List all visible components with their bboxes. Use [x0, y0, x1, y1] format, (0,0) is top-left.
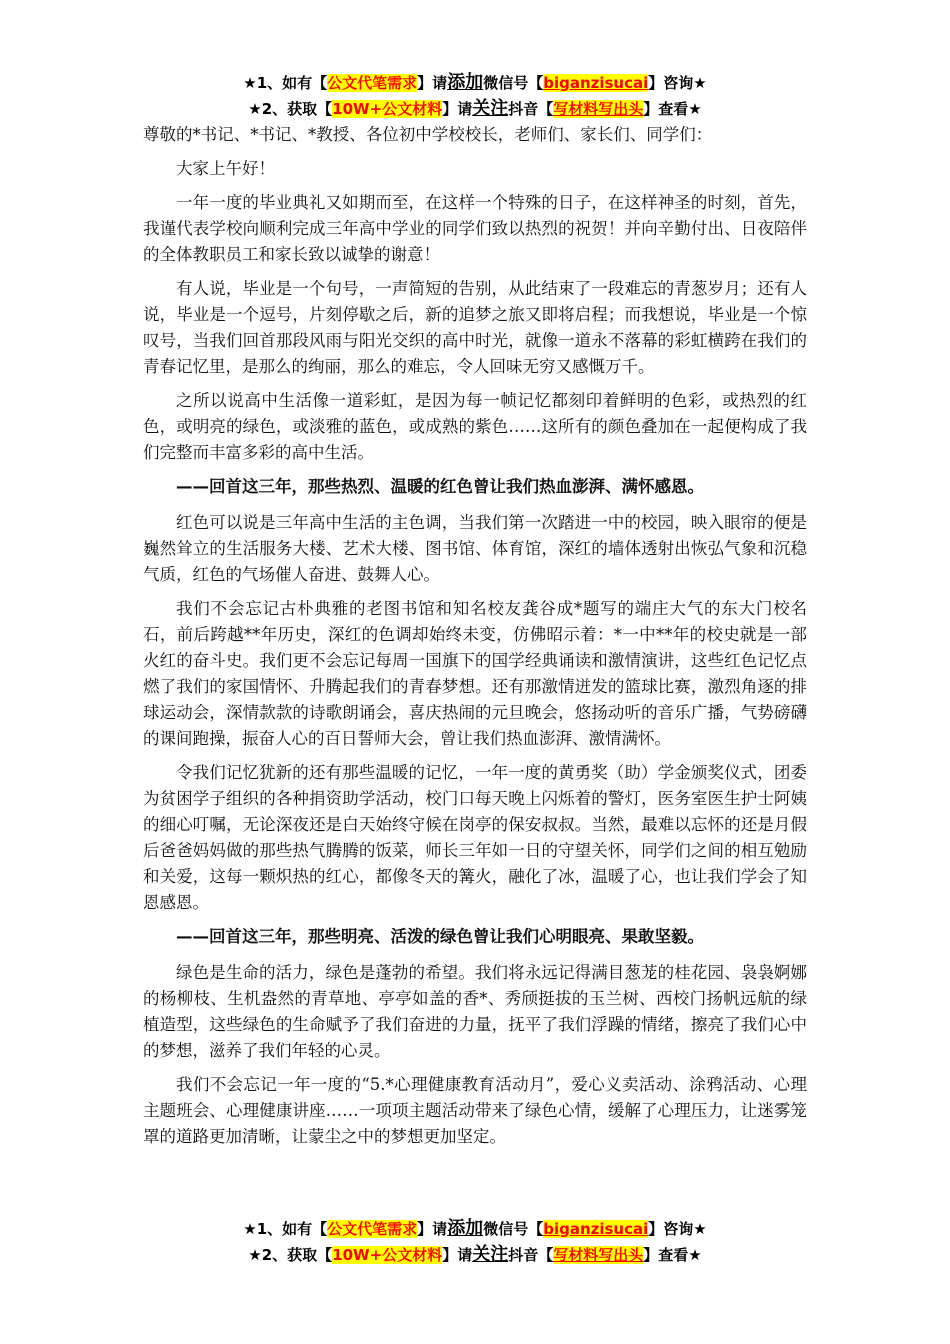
emphasis-add: 添加 [447, 72, 483, 93]
emphasis-follow: 关注 [472, 1244, 508, 1265]
paragraph: 大家上午好！ [143, 156, 807, 182]
douyin-account-link[interactable]: 写材料写出头 [553, 100, 643, 118]
promo-text: 微信号【 [483, 74, 543, 92]
promo-text: 】请 [442, 100, 472, 118]
promo-text: 】查看★ [643, 1246, 701, 1264]
highlight-materials: 10W+公文材料 [332, 100, 442, 118]
wechat-id-link[interactable]: biganzisucai [543, 1220, 648, 1238]
promo-text: 】请 [417, 74, 447, 92]
paragraph: 红色可以说是三年高中生活的主色调，当我们第一次踏进一中的校园，映入眼帘的便是巍然… [143, 510, 807, 588]
promo-text: ★2、获取【 [248, 1246, 332, 1264]
promo-line-1: ★1、如有【公文代笔需求】请添加微信号【biganzisucai】咨询★ [143, 1216, 807, 1242]
salutation: 尊敬的*书记、*书记、*教授、各位初中学校校长，老师们、家长们、同学们： [143, 122, 807, 148]
promo-text: 抖音【 [508, 1246, 553, 1264]
highlight-service: 公文代笔需求 [327, 1220, 417, 1238]
promo-text: ★2、获取【 [248, 100, 332, 118]
promo-text: ★1、如有【 [243, 74, 327, 92]
speech-body: 尊敬的*书记、*书记、*教授、各位初中学校校长，老师们、家长们、同学们： 大家上… [143, 122, 807, 1150]
promo-banner-bottom: ★1、如有【公文代笔需求】请添加微信号【biganzisucai】咨询★ ★2、… [143, 1216, 807, 1268]
section-heading-green: ——回首这三年，那些明亮、活泼的绿色曾让我们心明眼亮、果敢坚毅。 [143, 924, 807, 950]
promo-line-2: ★2、获取【10W+公文材料】请关注抖音【写材料写出头】查看★ [143, 96, 807, 122]
promo-text: 】请 [417, 1220, 447, 1238]
paragraph: 令我们记忆犹新的还有那些温暖的记忆，一年一度的黄勇奖（助）学金颁奖仪式，团委为贫… [143, 760, 807, 916]
promo-text: 抖音【 [508, 100, 553, 118]
promo-text: 微信号【 [483, 1220, 543, 1238]
promo-text: 】查看★ [643, 100, 701, 118]
douyin-account-link[interactable]: 写材料写出头 [553, 1246, 643, 1264]
paragraph: 我们不会忘记古朴典雅的老图书馆和知名校友龚谷成*题写的端庄大气的东大门校名石，前… [143, 596, 807, 752]
promo-text: ★1、如有【 [243, 1220, 327, 1238]
paragraph: 之所以说高中生活像一道彩虹，是因为每一帧记忆都刻印着鲜明的色彩，或热烈的红色，或… [143, 388, 807, 466]
section-heading-red: ——回首这三年，那些热烈、温暖的红色曾让我们热血澎湃、满怀感恩。 [143, 474, 807, 500]
emphasis-follow: 关注 [472, 98, 508, 119]
promo-line-2: ★2、获取【10W+公文材料】请关注抖音【写材料写出头】查看★ [143, 1242, 807, 1268]
promo-text: 】请 [442, 1246, 472, 1264]
paragraph: 我们不会忘记一年一度的“5.*心理健康教育活动月”，爱心义卖活动、涂鸦活动、心理… [143, 1072, 807, 1150]
paragraph: 有人说，毕业是一个句号，一声简短的告别，从此结束了一段难忘的青葱岁月；还有人说，… [143, 276, 807, 380]
promo-text: 】咨询★ [648, 1220, 706, 1238]
wechat-id-link[interactable]: biganzisucai [543, 74, 648, 92]
paragraph: 一年一度的毕业典礼又如期而至，在这样一个特殊的日子，在这样神圣的时刻，首先，我谨… [143, 190, 807, 268]
document-page: ★1、如有【公文代笔需求】请添加微信号【biganzisucai】咨询★ ★2、… [143, 70, 807, 1158]
promo-banner-top: ★1、如有【公文代笔需求】请添加微信号【biganzisucai】咨询★ ★2、… [143, 70, 807, 122]
highlight-service: 公文代笔需求 [327, 74, 417, 92]
promo-line-1: ★1、如有【公文代笔需求】请添加微信号【biganzisucai】咨询★ [143, 70, 807, 96]
highlight-materials: 10W+公文材料 [332, 1246, 442, 1264]
promo-text: 】咨询★ [648, 74, 706, 92]
emphasis-add: 添加 [447, 1218, 483, 1239]
paragraph: 绿色是生命的活力，绿色是蓬勃的希望。我们将永远记得满目葱茏的桂花园、袅袅婀娜的杨… [143, 960, 807, 1064]
